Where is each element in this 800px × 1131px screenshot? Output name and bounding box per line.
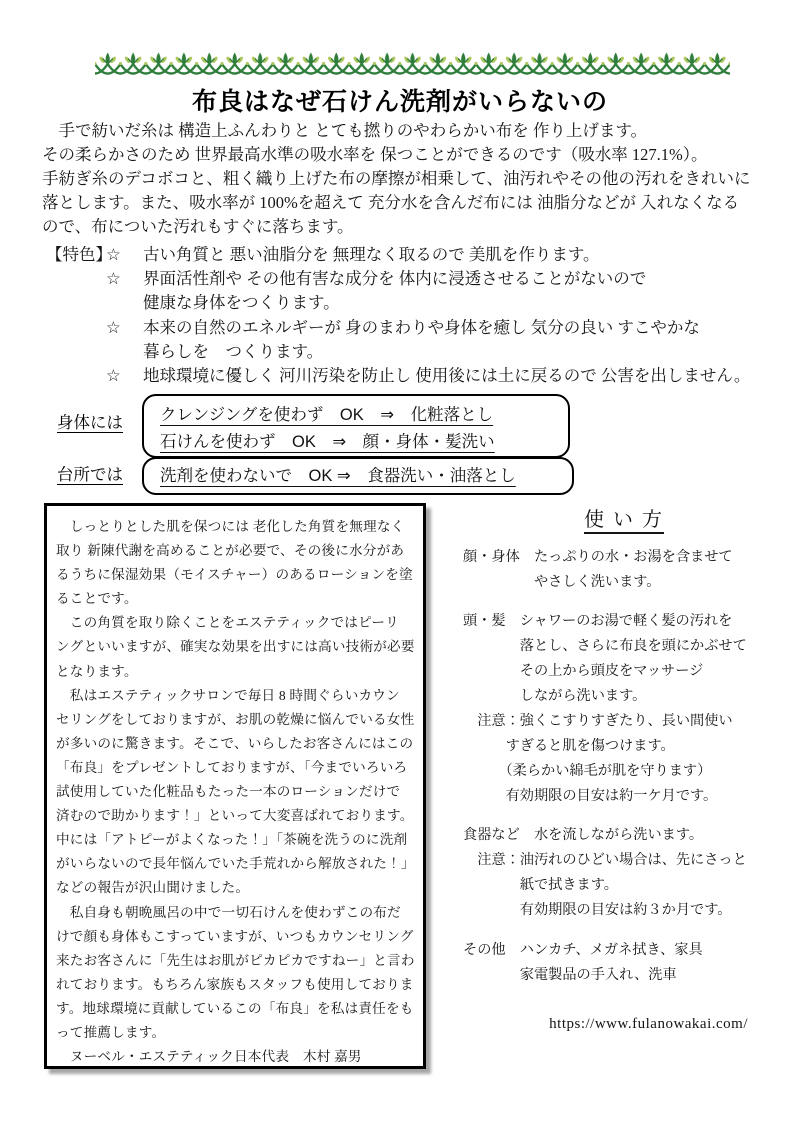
testimonial-line: ヌーベル・エステティック日本代表 木村 嘉男 (56, 1045, 415, 1069)
testimonial-box: しっとりとした肌を保つには 老化した角質を無理なく取り 新陳代謝を高めることが必… (44, 503, 426, 1069)
body-use-label: 身体には (57, 409, 123, 433)
kitchen-use-line: 洗剤を使わないで OK ⇒ 食器洗い・油落とし (160, 463, 562, 490)
howto-line: 紙で拭きます。 (463, 873, 800, 898)
feature-text: 本来の自然のエネルギーが 身のまわりや身体を癒し 気分の良い すこやかな (143, 316, 700, 340)
testimonial-line: 私はエステティックサロンで毎日 8 時間ぐらいカウン (56, 684, 415, 708)
feature-row: ☆ 本来の自然のエネルギーが 身のまわりや身体を癒し 気分の良い すこやかな (46, 316, 786, 340)
intro-line: 落とします。また、吸水率が 100%を超えて 充分水を含んだ布には 油脂分などが… (42, 191, 772, 215)
testimonial-line: けで顔も身体もこすっていますが、いつもカウンセリング (56, 925, 415, 949)
body-use-box: クレンジングを使わず OK ⇒ 化粧落とし石けんを使わず OK ⇒ 顔・身体・髪… (142, 394, 570, 458)
feature-row: 暮らしを つくります。 (46, 340, 786, 364)
feature-row: 健康な身体をつくります。 (46, 291, 786, 315)
howto-line: 注意：油汚れのひどい場合は、先にさっと (463, 848, 800, 873)
howto-line: 落とし、さらに布良を頭にかぶせて (463, 634, 800, 659)
testimonial-line: ることです。 (56, 587, 415, 611)
features-list: 【特色】 ☆ 古い角質と 悪い油脂分を 無理なく取るので 美肌を作ります。 ☆ … (46, 243, 786, 388)
intro-paragraph: 手で紡いだ糸は 構造上ふんわりと とても撚りのやわらかい布を 作り上げます。その… (42, 119, 772, 239)
howto-line (463, 809, 800, 823)
star-icon: ☆ (106, 243, 143, 267)
feature-text: 界面活性剤や その他有害な成分を 体内に浸透させることがないので (143, 267, 646, 291)
star-icon: ☆ (106, 364, 143, 388)
testimonial-line: しっとりとした肌を保つには 老化した角質を無理なく (56, 515, 415, 539)
testimonial-line: 来たお客さんに「先生はお肌がピカピカですねー」と言わ (56, 949, 415, 973)
howto-section: 使 い 方 顔・身体 たっぷりの水・お湯を含ませて やさしく洗います。頭・髪 シ… (448, 503, 800, 988)
howto-line (463, 923, 800, 937)
feature-prefix (46, 267, 106, 291)
testimonial-line: がいらないので長年悩んでいた手荒れから解放された！」 (56, 852, 415, 876)
intro-line: ので、布についた汚れもすぐに落ちます。 (42, 215, 772, 239)
testimonial-line: 取り 新陳代謝を高めることが必要で、その後に水分があ (56, 539, 415, 563)
howto-line: 有効期限の目安は約一ケ月です。 (463, 784, 800, 809)
howto-line: 有効期限の目安は約３か月です。 (463, 898, 800, 923)
star-icon: ☆ (106, 316, 143, 340)
testimonial-line: 試使用していた化粧品もたった一本のローションだけで (56, 780, 415, 804)
howto-line: 家電製品の手入れ、洗車 (463, 963, 800, 988)
feature-text: 健康な身体をつくります。 (143, 291, 340, 315)
star-icon: ☆ (106, 267, 143, 291)
feature-text: 古い角質と 悪い油脂分を 無理なく取るので 美肌を作ります。 (143, 243, 600, 267)
kitchen-use-label: 台所では (57, 461, 123, 485)
howto-line: しながら洗います。 (463, 684, 800, 709)
feature-text: 地球環境に優しく 河川汚染を防止し 使用後には土に戻るので 公害を出しません。 (143, 364, 750, 388)
testimonial-line: 「布良」をプレゼントしておりますが、「今までいろいろ (56, 756, 415, 780)
testimonial-line: が多いのに驚きます。そこで、いらしたお客さんにはこの (56, 732, 415, 756)
howto-line: 顔・身体 たっぷりの水・お湯を含ませて (463, 545, 800, 570)
testimonial-line: この角質を取り除くことをエステティックではピーリ (56, 611, 415, 635)
body-use-line: クレンジングを使わず OK ⇒ 化粧落とし (160, 402, 558, 429)
howto-line: 食器など 水を流しながら洗います。 (463, 823, 800, 848)
testimonial-line: となります。 (56, 660, 415, 684)
howto-line: （柔らかい綿毛が肌を守ります） (463, 759, 800, 784)
feature-prefix (46, 316, 106, 340)
star-icon (106, 340, 143, 364)
howto-line: 頭・髪 シャワーのお湯で軽く髪の汚れを (463, 609, 800, 634)
leaf-garland-border (95, 52, 730, 80)
testimonial-line: などの報告が沢山聞けました。 (56, 876, 415, 900)
testimonial-line: セリングをしておりますが、お肌の乾燥に悩んでいる女性 (56, 708, 415, 732)
howto-heading: 使 い 方 (448, 503, 800, 532)
page-title: 布良はなぜ石けん洗剤がいらないの (0, 82, 800, 118)
testimonial-line: れております。もちろん家族もスタッフも使用しておりま (56, 973, 415, 997)
testimonial-line: って推薦します。 (56, 1021, 415, 1045)
testimonial-line: 済むので助かります！」といって大変喜ばれております。 (56, 804, 415, 828)
testimonial-line: ングといいますが、確実な効果を出すには高い技術が必要 (56, 635, 415, 659)
howto-lines: 顔・身体 たっぷりの水・お湯を含ませて やさしく洗います。頭・髪 シャワーのお湯… (448, 545, 800, 988)
feature-prefix (46, 364, 106, 388)
body-use-line: 石けんを使わず OK ⇒ 顔・身体・髪洗い (160, 429, 558, 456)
feature-text: 暮らしを つくります。 (143, 340, 323, 364)
feature-prefix: 【特色】 (46, 243, 106, 267)
howto-line (463, 595, 800, 609)
intro-line: その柔らかさのため 世界最高水準の吸水率を 保つことができるのです（吸水率 12… (42, 143, 772, 167)
website-url: https://www.fulanowakai.com/ (549, 1016, 748, 1033)
howto-line: やさしく洗います。 (463, 570, 800, 595)
testimonial-line: 私自身も朝晩風呂の中で一切石けんを使わずこの布だ (56, 901, 415, 925)
testimonial-line: す。地球環境に貢献しているこの「布良」を私は責任をも (56, 997, 415, 1021)
howto-line: すぎると肌を傷つけます。 (463, 734, 800, 759)
leaflet-page: 布良はなぜ石けん洗剤がいらないの 手で紡いだ糸は 構造上ふんわりと とても撚りの… (0, 0, 800, 1131)
howto-line: 注意：強くこすりすぎたり、長い間使い (463, 709, 800, 734)
feature-prefix (46, 340, 106, 364)
testimonial-line: るうちに保湿効果（モイスチャー）のあるローションを塗 (56, 563, 415, 587)
feature-prefix (46, 291, 106, 315)
feature-row: ☆ 界面活性剤や その他有害な成分を 体内に浸透させることがないので (46, 267, 786, 291)
leaf-border-fill (95, 52, 730, 80)
howto-line: その他 ハンカチ、メガネ拭き、家具 (463, 938, 800, 963)
feature-row: 【特色】 ☆ 古い角質と 悪い油脂分を 無理なく取るので 美肌を作ります。 (46, 243, 786, 267)
kitchen-use-box: 洗剤を使わないで OK ⇒ 食器洗い・油落とし (142, 457, 574, 495)
intro-line: 手で紡いだ糸は 構造上ふんわりと とても撚りのやわらかい布を 作り上げます。 (42, 119, 772, 143)
star-icon (106, 291, 143, 315)
intro-line: 手紡ぎ糸のデコボコと、粗く織り上げた布の摩擦が相乗して、油汚れやその他の汚れをき… (42, 167, 772, 191)
howto-line: その上から頭皮をマッサージ (463, 659, 800, 684)
feature-row: ☆ 地球環境に優しく 河川汚染を防止し 使用後には土に戻るので 公害を出しません… (46, 364, 786, 388)
testimonial-line: 中には「アトピーがよくなった！」「茶碗を洗うのに洗剤 (56, 828, 415, 852)
